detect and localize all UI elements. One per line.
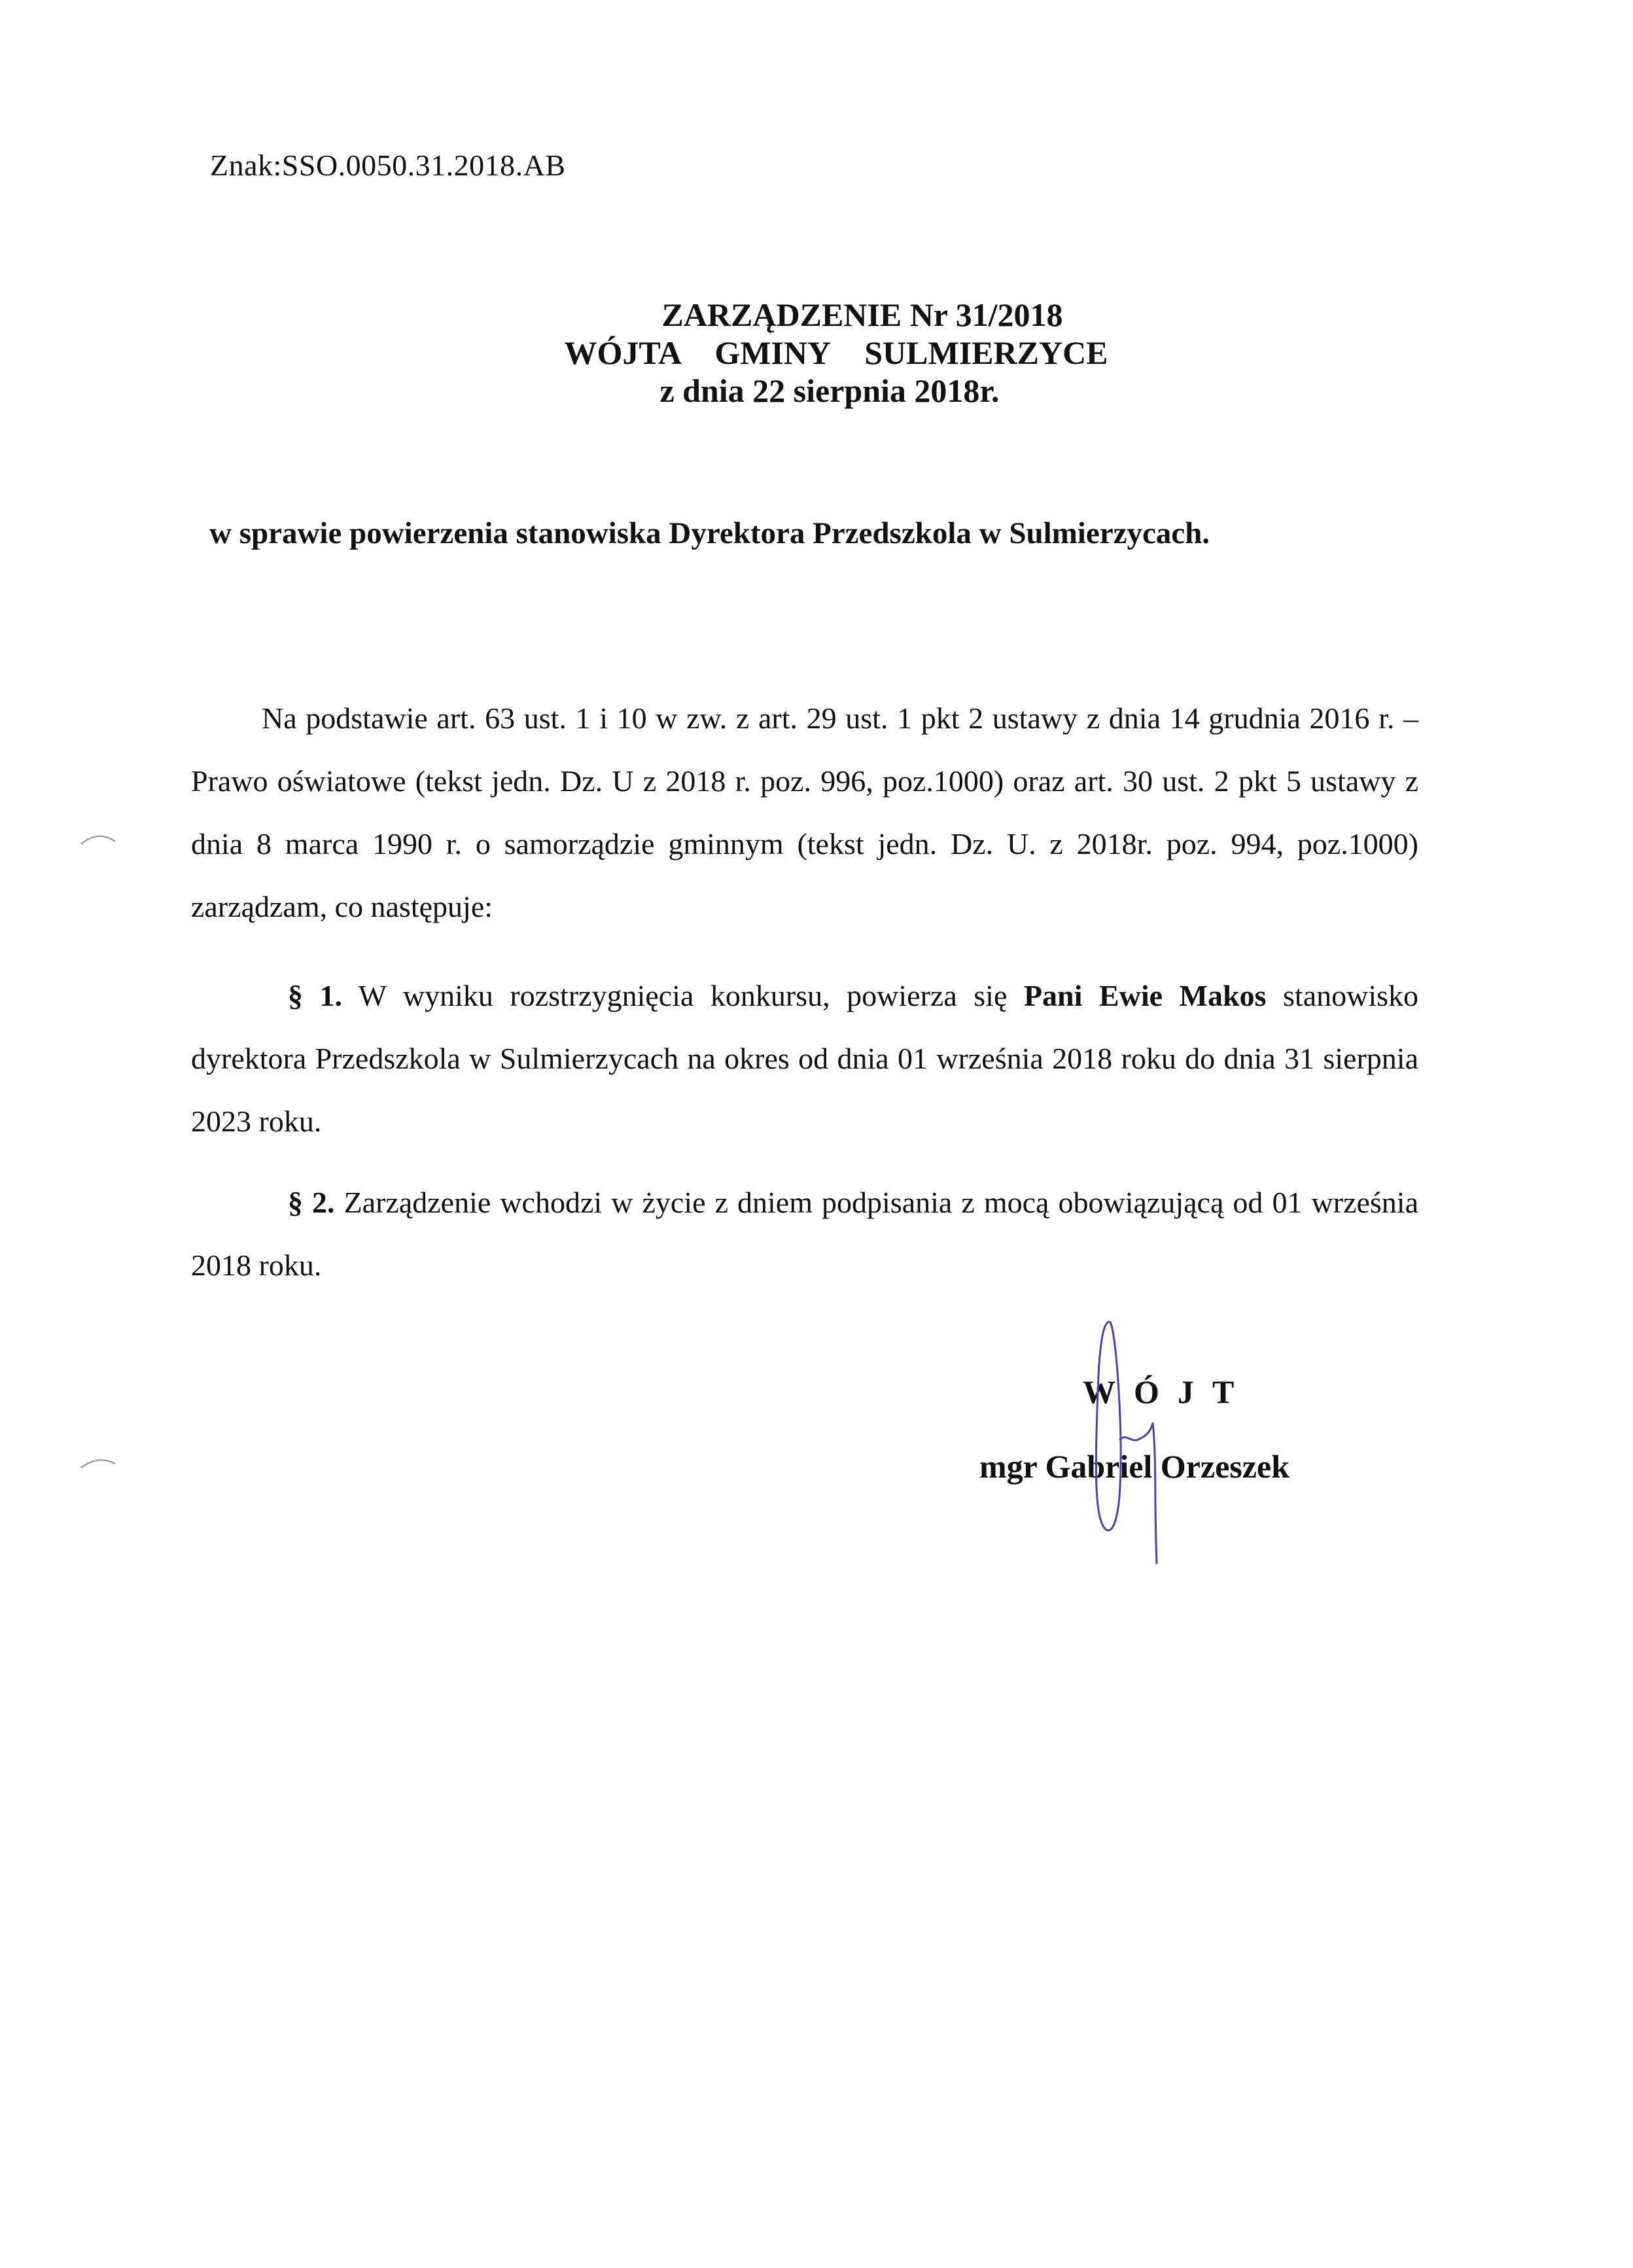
title-line-ordinance: ZARZĄDZENIE Nr 31/2018 bbox=[0, 296, 1633, 334]
title-line-issuer: WÓJTA GMINY SULMIERZYCE bbox=[0, 334, 1633, 372]
title-line-date: z dnia 22 sierpnia 2018r. bbox=[0, 372, 1633, 410]
section-2-paragraph: § 2. Zarządzenie wchodzi w życie z dniem… bbox=[191, 1171, 1418, 1297]
section-2-text: Zarządzenie wchodzi w życie z dniem podp… bbox=[191, 1186, 1418, 1282]
legal-basis-text: Na podstawie art. 63 ust. 1 i 10 w zw. z… bbox=[191, 701, 1418, 923]
legal-basis-paragraph: Na podstawie art. 63 ust. 1 i 10 w zw. z… bbox=[191, 687, 1418, 938]
handwritten-signature bbox=[1073, 1302, 1178, 1564]
section-1-label: § 1. bbox=[288, 979, 342, 1012]
document-page: Znak:SSO.0050.31.2018.AB ZARZĄDZENIE Nr … bbox=[0, 0, 1633, 2268]
section-1-paragraph: § 1. W wyniku rozstrzygnięcia konkursu, … bbox=[191, 965, 1418, 1153]
document-reference: Znak:SSO.0050.31.2018.AB bbox=[210, 148, 566, 183]
section-2-label: § 2. bbox=[288, 1186, 335, 1219]
appointee-name: Pani Ewie Makos bbox=[1024, 979, 1267, 1012]
punch-hole-mark bbox=[79, 832, 118, 845]
document-title: ZARZĄDZENIE Nr 31/2018 WÓJTA GMINY SULMI… bbox=[0, 296, 1633, 410]
section-1-text-before: W wyniku rozstrzygnięcia konkursu, powie… bbox=[342, 979, 1024, 1012]
punch-hole-mark bbox=[79, 1456, 118, 1469]
document-subject: w sprawie powierzenia stanowiska Dyrekto… bbox=[209, 516, 1210, 551]
